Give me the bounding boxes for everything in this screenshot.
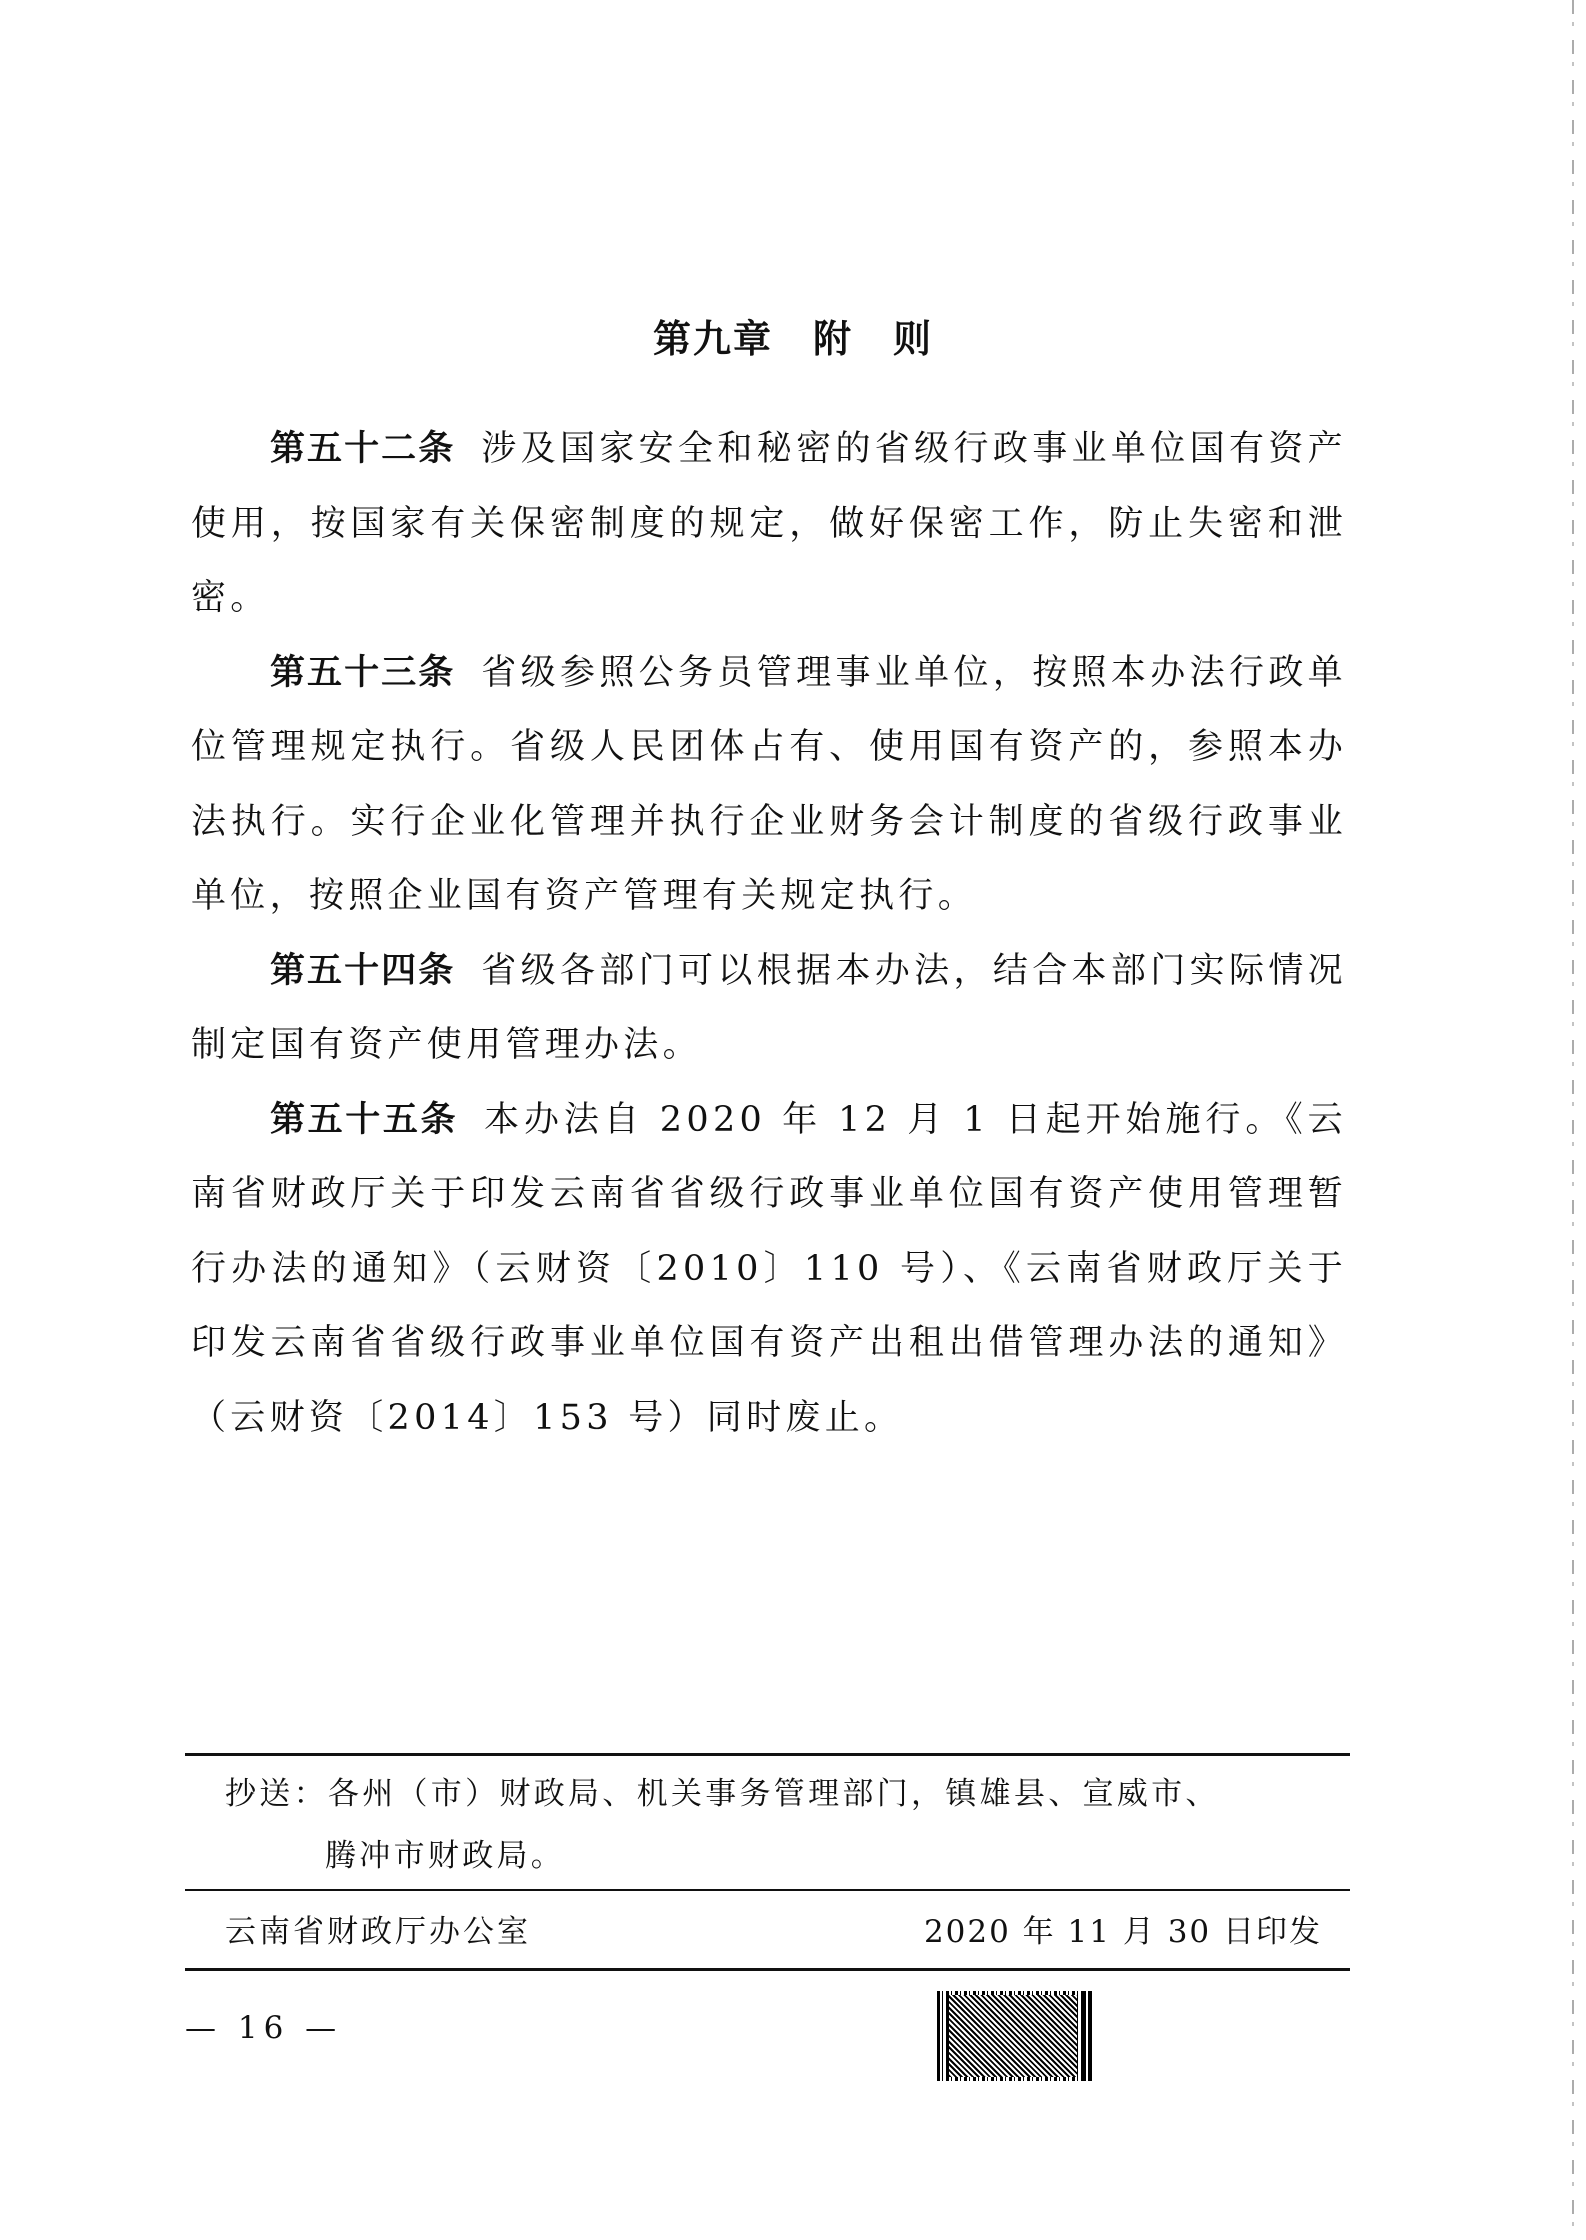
footer-rule-top: [185, 1753, 1350, 1756]
barcode-end-bars: [1082, 1991, 1094, 2081]
footer-rule-bottom: [185, 1968, 1350, 1971]
issue-date: 2020 年 11 月 30 日印发: [924, 1906, 1322, 1951]
cc-block: 抄送：各州（市）财政局、机关事务管理部门，镇雄县、宣威市、 腾冲市财政局。: [225, 1763, 1345, 1887]
cc-recipients-line2: 腾冲市财政局。: [225, 1825, 1345, 1887]
article-54: 第五十四条省级各部门可以根据本办法，结合本部门实际情况制定国有资产使用管理办法。: [191, 934, 1347, 1083]
cc-label: 抄送：: [225, 1776, 328, 1812]
document-body: 第五十二条涉及国家安全和秘密的省级行政事业单位国有资产使用，按国家有关保密制度的…: [191, 412, 1347, 1455]
chapter-title: 第九章附则: [0, 308, 1586, 363]
article-55: 第五十五条本办法自 2020 年 12 月 1 日起开始施行。《云南省财政厅关于…: [191, 1083, 1347, 1456]
footer-rule-middle: [185, 1889, 1350, 1891]
document-page: 第九章附则 第五十二条涉及国家安全和秘密的省级行政事业单位国有资产使用，按国家有…: [0, 0, 1586, 2240]
article-52: 第五十二条涉及国家安全和秘密的省级行政事业单位国有资产使用，按国家有关保密制度的…: [191, 412, 1347, 636]
barcode-pattern: [949, 1995, 1077, 2077]
article-text: 本办法自 2020 年 12 月 1 日起开始施行。《云南省财政厅关于印发云南省…: [191, 1100, 1347, 1438]
article-label: 第五十二条: [270, 429, 455, 469]
page-number: — 16 —: [185, 2010, 342, 2046]
article-label: 第五十四条: [270, 951, 455, 991]
article-label: 第五十三条: [270, 653, 455, 693]
article-53: 第五十三条省级参照公务员管理事业单位，按照本办法行政单位管理规定执行。省级人民团…: [191, 636, 1347, 934]
chapter-title-part2: 则: [893, 316, 933, 361]
chapter-title-part1: 附: [813, 316, 853, 361]
barcode-icon: [937, 1991, 1094, 2081]
cc-recipients-line1: 各州（市）财政局、机关事务管理部门，镇雄县、宣威市、: [328, 1776, 1220, 1812]
chapter-number: 第九章: [653, 316, 773, 361]
article-label: 第五十五条: [270, 1100, 458, 1140]
issuing-office: 云南省财政厅办公室: [225, 1906, 531, 1951]
